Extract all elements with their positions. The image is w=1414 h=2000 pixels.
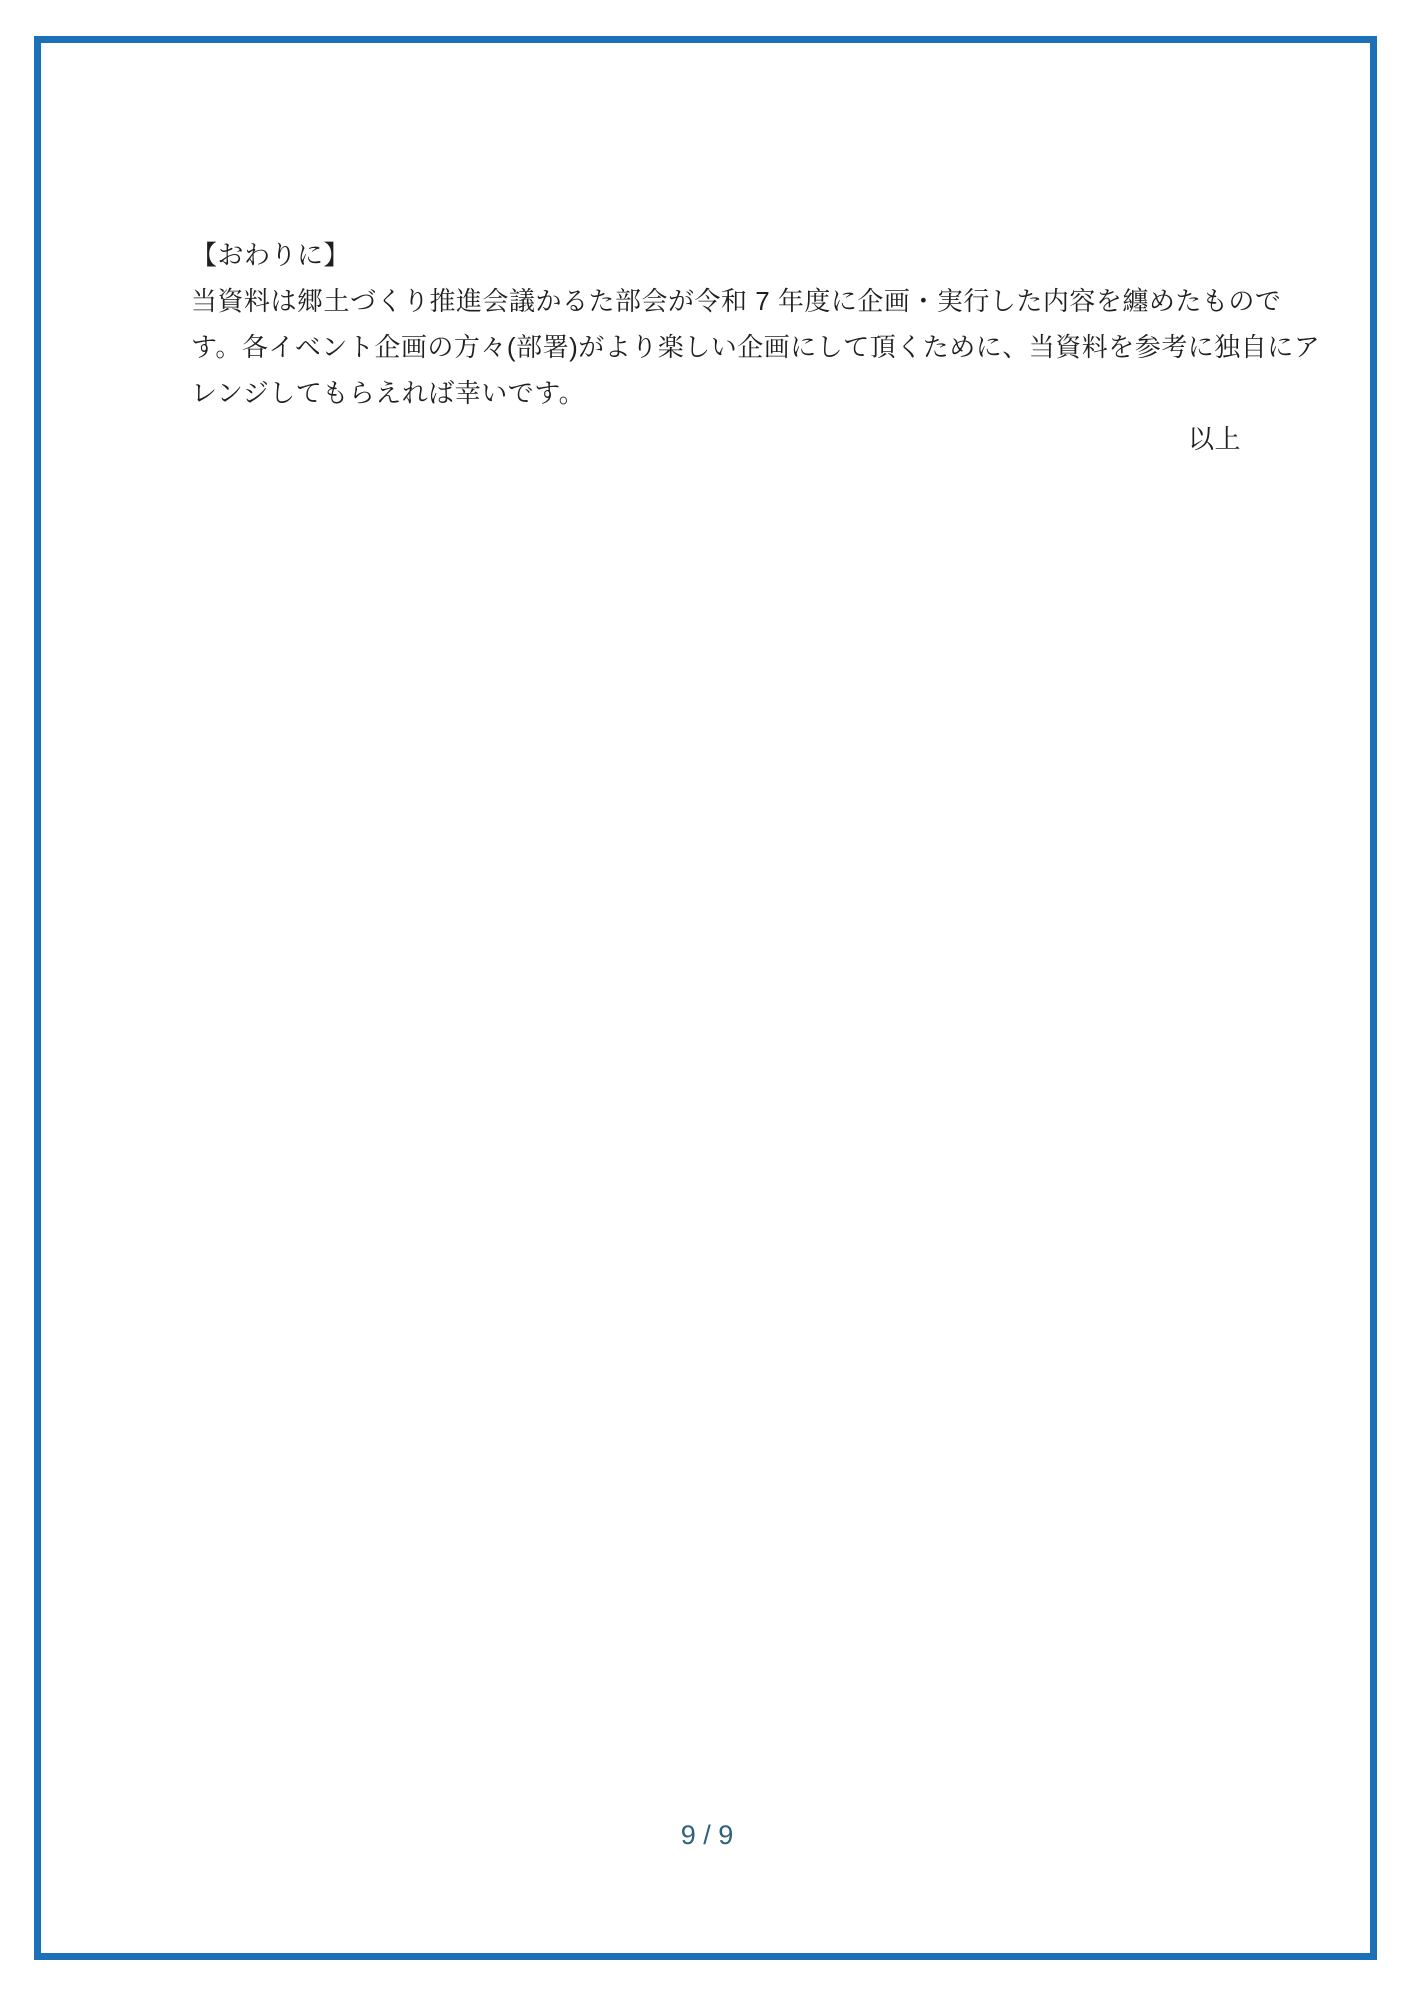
closing-word: 以上	[191, 416, 1241, 462]
section-heading: 【おわりに】	[191, 232, 1241, 278]
paragraph-line: レンジしてもらえれば幸いです。	[191, 370, 1241, 416]
paragraph-line: 当資料は郷土づくり推進会議かるた部会が令和 7 年度に企画・実行した内容を纏めた…	[191, 278, 1241, 324]
paragraph-line: す。各イベント企画の方々(部署)がより楽しい企画にして頂くために、当資料を参考に…	[191, 324, 1241, 370]
document-body: 【おわりに】 当資料は郷土づくり推進会議かるた部会が令和 7 年度に企画・実行し…	[191, 232, 1241, 462]
page-number: 9 / 9	[0, 1820, 1414, 1850]
